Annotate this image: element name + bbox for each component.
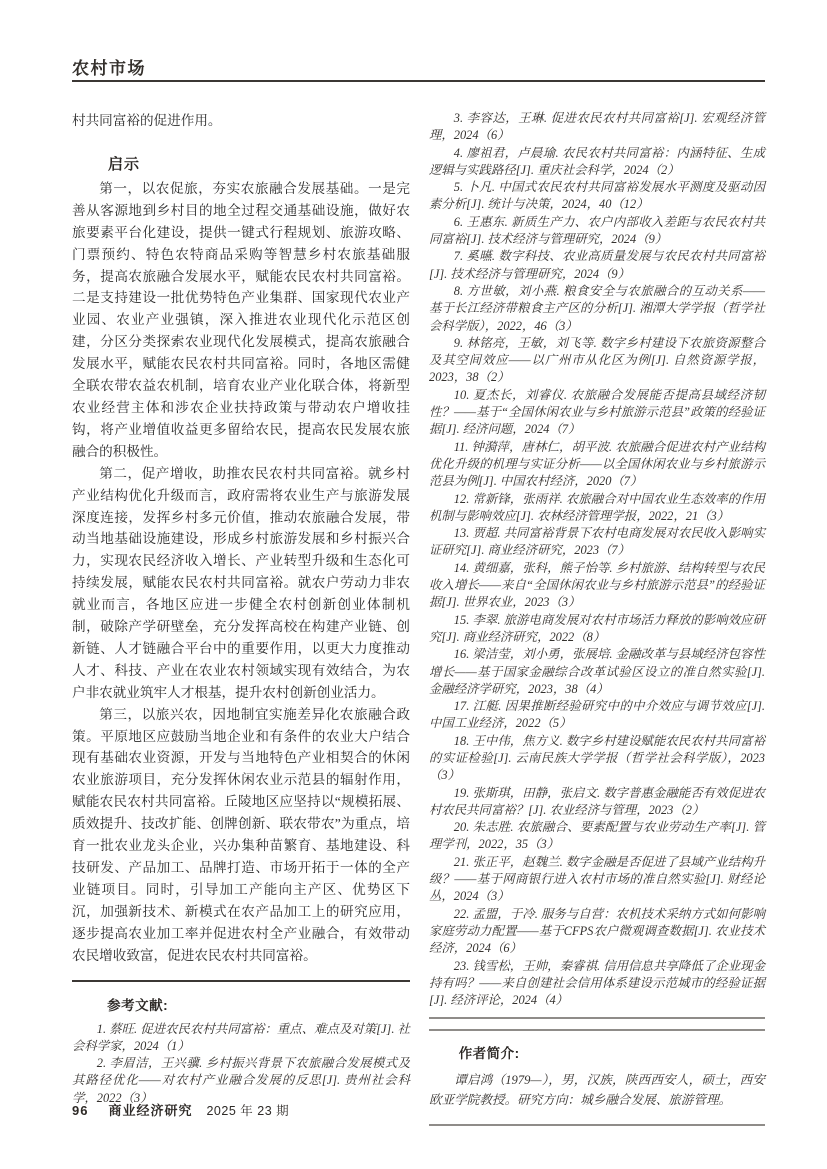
references-list-left: 1. 蔡旺. 促进农民农村共同富裕：重点、难点及对策[J]. 社会科学家，202… xyxy=(72,1021,410,1107)
reference-item: 14. 黄细嘉，张科，熊子怡等. 乡村旅游、结构转型与农民收入增长——来自“全国… xyxy=(429,560,765,612)
reference-item: 10. 夏杰长，刘睿仪. 农旅融合发展能否提高县域经济韧性？——基于“全国休闲农… xyxy=(429,387,765,439)
author-box-heading: 作者简介: xyxy=(429,1042,765,1062)
insight-paragraphs: 第一，以农促旅，夯实农旅融合发展基础。一是完善从客源地到乡村目的地全过程交通基础… xyxy=(72,178,410,967)
footer-issue: 2025 年 23 期 xyxy=(206,1101,289,1119)
body-paragraph: 第一，以农促旅，夯实农旅融合发展基础。一是完善从客源地到乡村目的地全过程交通基础… xyxy=(72,178,410,463)
reference-item: 3. 李容达，王琳. 促进农民农村共同富裕[J]. 宏观经济管理，2024（6） xyxy=(429,110,765,145)
right-column: 3. 李容达，王琳. 促进农民农村共同富裕[J]. 宏观经济管理，2024（6）… xyxy=(429,110,765,1126)
reference-item: 5. 卜凡. 中国式农民农村共同富裕发展水平测度及驱动因素分析[J]. 统计与决… xyxy=(429,179,765,214)
reference-item: 6. 王惠东. 新质生产力、农户内部收入差距与农民农村共同富裕[J]. 技术经济… xyxy=(429,214,765,249)
reference-item: 7. 奚曣. 数字科技、农业高质量发展与农民农村共同富裕[J]. 技术经济与管理… xyxy=(429,248,765,283)
references-end-divider xyxy=(429,1017,765,1019)
references-divider xyxy=(72,980,410,982)
header-divider xyxy=(72,80,765,82)
references-heading: 参考文献: xyxy=(72,994,410,1014)
reference-item: 22. 孟盟，于冷. 服务与自营：农机技术采纳方式如何影响家庭劳动力配置——基于… xyxy=(429,906,765,958)
continued-paragraph-fragment: 村共同富裕的促进作用。 xyxy=(72,110,410,132)
journal-page: 农村市场 村共同富裕的促进作用。 启示 第一，以农促旅，夯实农旅融合发展基础。一… xyxy=(0,0,827,1169)
reference-item: 8. 方世敏，刘小燕. 粮食安全与农旅融合的互动关系——基于长江经济带粮食主产区… xyxy=(429,283,765,335)
author-box: 作者简介: 谭启鸿（1979—），男，汉族，陕西西安人，硕士，西安欧亚学院教授。… xyxy=(429,1029,765,1126)
reference-item: 1. 蔡旺. 促进农民农村共同富裕：重点、难点及对策[J]. 社会科学家，202… xyxy=(72,1021,410,1056)
reference-item: 15. 李翠. 旅游电商发展对农村市场活力释放的影响效应研究[J]. 商业经济研… xyxy=(429,612,765,647)
references-list-right: 3. 李容达，王琳. 促进农民农村共同富裕[J]. 宏观经济管理，2024（6）… xyxy=(429,110,765,1009)
footer-page-number: 96 xyxy=(72,1103,88,1118)
reference-item: 11. 钟漪萍，唐林仁，胡平波. 农旅融合促进农村产业结构优化升级的机理与实证分… xyxy=(429,439,765,491)
reference-item: 17. 江艇. 因果推断经验研究中的中介效应与调节效应[J]. 中国工业经济，2… xyxy=(429,698,765,733)
reference-item: 16. 梁洁莹，刘小勇，张展培. 金融改革与县域经济包容性增长——基于国家金融综… xyxy=(429,646,765,698)
reference-item: 9. 林铭亮，王敏，刘飞等. 数字乡村建设下农旅资源整合及其空间效应——以广州市… xyxy=(429,335,765,387)
page-footer: 96 商业经济研究 2025 年 23 期 xyxy=(72,1100,289,1119)
reference-item: 18. 王中伟，焦方义. 数字乡村建设赋能农民农村共同富裕的实证检验[J]. 云… xyxy=(429,733,765,785)
reference-item: 19. 张斯琪，田静，张启文. 数字普惠金融能否有效促进农村农民共同富裕？[J]… xyxy=(429,785,765,820)
reference-item: 13. 贾超. 共同富裕背景下农村电商发展对农民收入影响实证研究[J]. 商业经… xyxy=(429,525,765,560)
body-paragraph: 第三，以旅兴农，因地制宜实施差异化农旅融合政策。平原地区应鼓励当地企业和有条件的… xyxy=(72,704,410,967)
reference-item: 4. 廖祖君，卢晨瑜. 农民农村共同富裕：内涵特征、生成逻辑与实践路径[J]. … xyxy=(429,145,765,180)
reference-item: 12. 常新锋，张雨祥. 农旅融合对中国农业生态效率的作用机制与影响效应[J].… xyxy=(429,491,765,526)
journal-section-label: 农村市场 xyxy=(72,54,146,79)
footer-journal-name: 商业经济研究 xyxy=(108,1100,192,1119)
section-heading-insights: 启示 xyxy=(72,153,410,174)
left-column: 村共同富裕的促进作用。 启示 第一，以农促旅，夯实农旅融合发展基础。一是完善从客… xyxy=(72,110,410,1107)
reference-item: 21. 张正平，赵魏兰. 数字金融是否促进了县域产业结构升级？——基于网商银行进… xyxy=(429,854,765,906)
reference-item: 23. 钱雪松，王帅，秦睿祺. 信用信息共享降低了企业现金持有吗？——来自创建社… xyxy=(429,958,765,1010)
body-paragraph: 第二，促产增收，助推农民农村共同富裕。就乡村产业结构优化升级而言，政府需将农业生… xyxy=(72,463,410,704)
author-bio: 谭启鸿（1979—），男，汉族，陕西西安人，硕士，西安欧亚学院教授。研究方向：城… xyxy=(429,1070,765,1110)
reference-item: 20. 朱志胜. 农旅融合、要素配置与农业劳动生产率[J]. 管理学刊，2022… xyxy=(429,819,765,854)
